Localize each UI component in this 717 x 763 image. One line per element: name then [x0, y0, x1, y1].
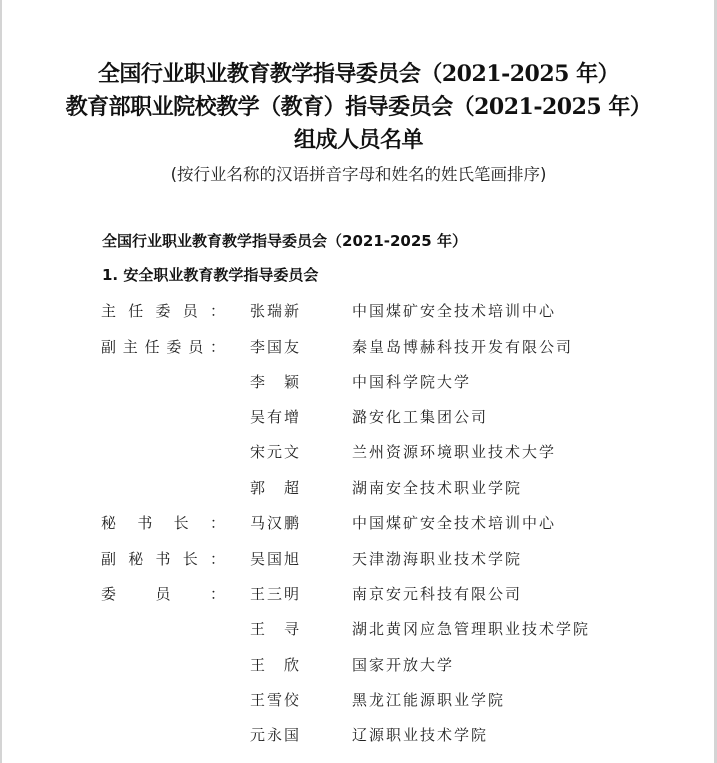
member-name: 李国友 [250, 336, 300, 357]
member-row: 副秘书长：吴国旭天津渤海职业技术学院 [0, 548, 717, 570]
member-row: 王欣国家开放大学 [0, 654, 717, 676]
member-role: 委员： [101, 583, 225, 604]
member-row: 郭超湖南安全技术职业学院 [0, 477, 717, 499]
member-row: 主任委员：张瑞新中国煤矿安全技术培训中心 [0, 300, 717, 322]
member-row: 王雪佼黑龙江能源职业学院 [0, 689, 717, 711]
member-role: 副主任委员： [101, 336, 225, 357]
member-row: 秘书长：马汉鹏中国煤矿安全技术培训中心 [0, 512, 717, 534]
member-name: 吴国旭 [250, 548, 300, 569]
member-organization: 国家开放大学 [352, 654, 454, 675]
member-organization: 中国煤矿安全技术培训中心 [352, 512, 556, 533]
member-role: 主任委员： [101, 300, 225, 321]
member-name: 元永国 [250, 724, 300, 745]
member-row: 宋元文兰州资源环境职业技术大学 [0, 441, 717, 463]
member-organization: 黑龙江能源职业学院 [352, 689, 505, 710]
member-organization: 天津渤海职业技术学院 [352, 548, 522, 569]
section-heading: 全国行业职业教育教学指导委员会（2021-2025 年） [102, 230, 467, 251]
member-row: 李颖中国科学院大学 [0, 371, 717, 393]
member-name: 王三明 [250, 583, 300, 604]
committee-heading: 1. 安全职业教育教学指导委员会 [102, 264, 318, 285]
member-name: 张瑞新 [250, 300, 300, 321]
member-role: 副秘书长： [101, 548, 225, 569]
member-name: 吴有增 [250, 406, 300, 427]
member-name: 宋元文 [250, 441, 300, 462]
document-title-line-2: 教育部职业院校教学（教育）指导委员会（2021-2025 年） [0, 90, 717, 121]
member-name: 郭超 [250, 477, 300, 498]
member-name: 王雪佼 [250, 689, 300, 710]
member-row: 吴有增潞安化工集团公司 [0, 406, 717, 428]
member-organization: 兰州资源环境职业技术大学 [352, 441, 556, 462]
member-row: 委员：王三明南京安元科技有限公司 [0, 583, 717, 605]
document-title-line-1: 全国行业职业教育教学指导委员会（2021-2025 年） [0, 57, 717, 88]
member-organization: 南京安元科技有限公司 [352, 583, 522, 604]
member-row: 元永国辽源职业技术学院 [0, 724, 717, 746]
member-organization: 秦皇岛博赫科技开发有限公司 [352, 336, 573, 357]
document-title-line-3: 组成人员名单 [0, 123, 717, 154]
member-name: 王寻 [250, 618, 300, 639]
member-organization: 中国科学院大学 [352, 371, 471, 392]
member-name: 马汉鹏 [250, 512, 300, 533]
document-subtitle: (按行业名称的汉语拼音字母和姓名的姓氏笔画排序) [0, 161, 717, 185]
member-row: 王寻湖北黄冈应急管理职业技术学院 [0, 618, 717, 640]
member-role: 秘书长： [101, 512, 225, 533]
member-organization: 中国煤矿安全技术培训中心 [352, 300, 556, 321]
member-organization: 湖南安全技术职业学院 [352, 477, 522, 498]
member-organization: 湖北黄冈应急管理职业技术学院 [352, 618, 590, 639]
member-row: 副主任委员：李国友秦皇岛博赫科技开发有限公司 [0, 336, 717, 358]
member-organization: 潞安化工集团公司 [352, 406, 488, 427]
member-organization: 辽源职业技术学院 [352, 724, 488, 745]
member-name: 王欣 [250, 654, 300, 675]
member-name: 李颖 [250, 371, 300, 392]
